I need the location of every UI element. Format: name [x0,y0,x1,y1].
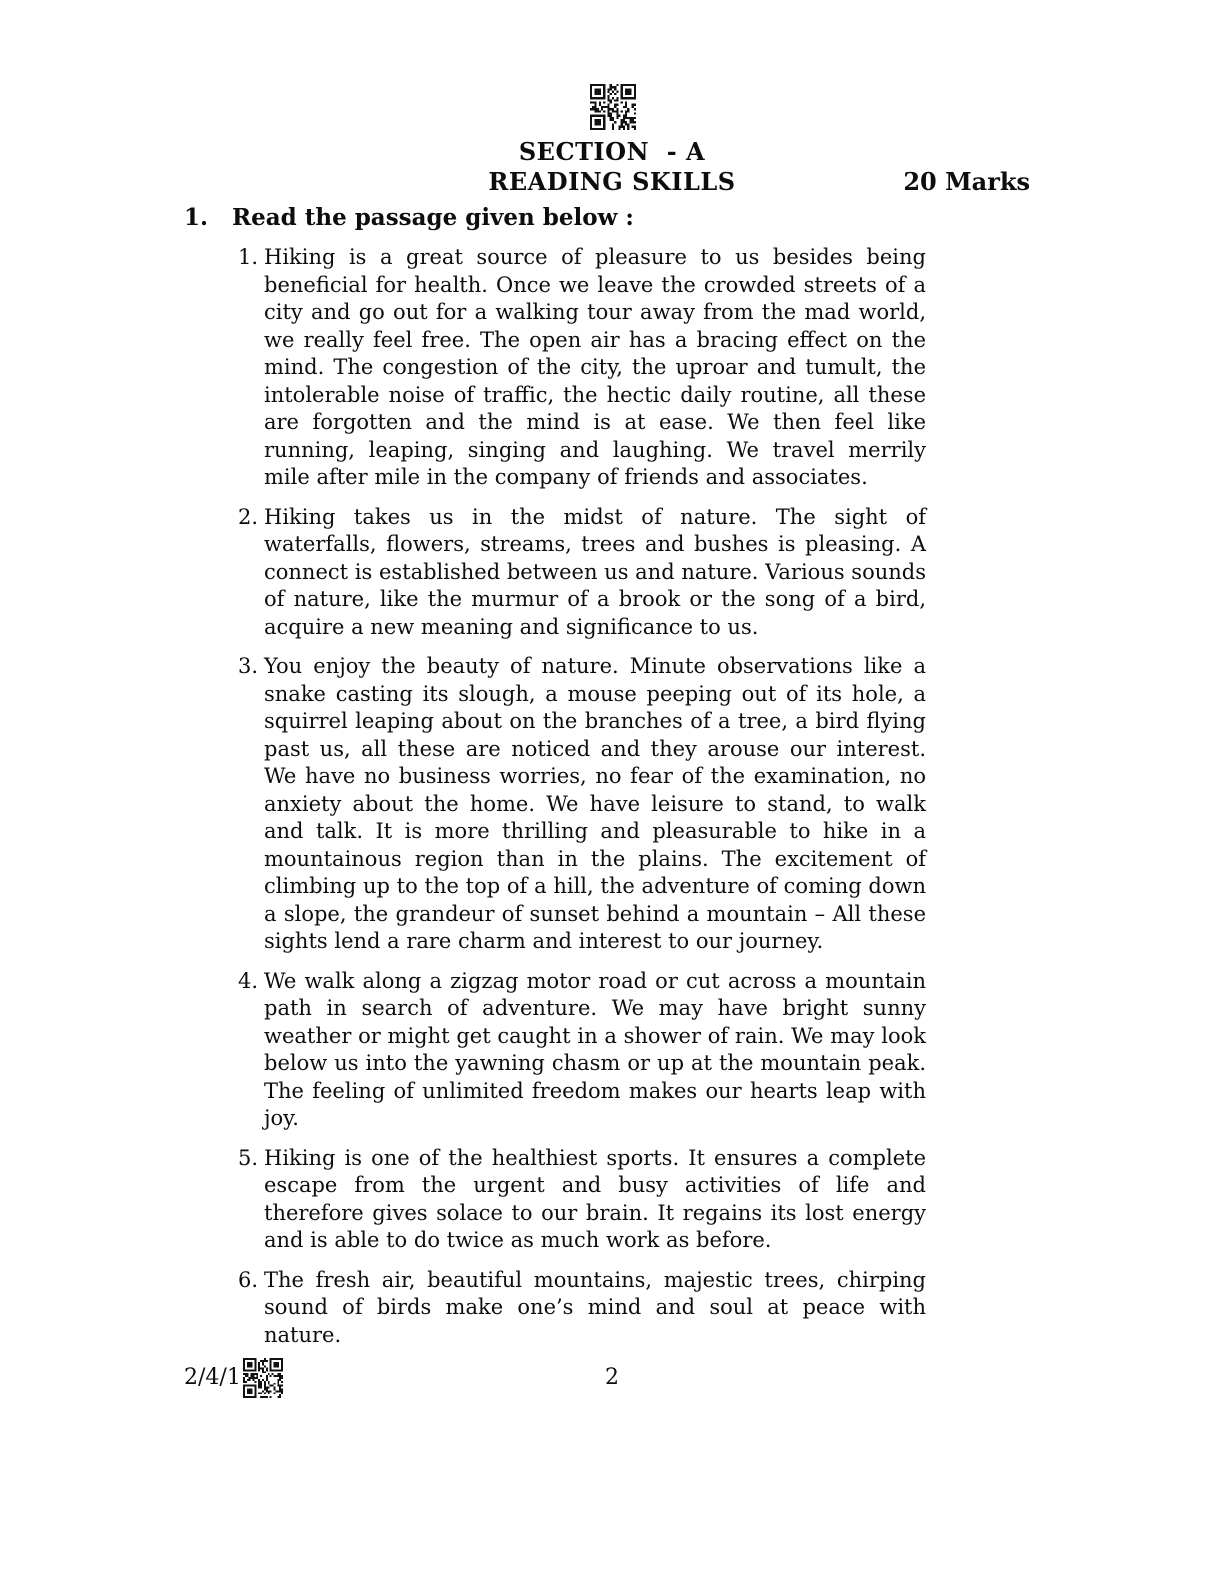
paragraph-number: 6. [238,1267,264,1350]
paragraph-text: We walk along a zigzag motor road or cut… [264,968,926,1133]
paragraph-text: Hiking is one of the healthiest sports. … [264,1145,926,1255]
paragraph-text: You enjoy the beauty of nature. Minute o… [264,653,926,956]
question-header: 1.Read the passage given below : [184,203,1044,233]
paragraph-number: 1. [238,244,264,492]
section-title: SECTION - A [0,137,1224,167]
paragraph-text: The fresh air, beautiful mountains, maje… [264,1267,926,1350]
passage-paragraph: 6. The fresh air, beautiful mountains, m… [238,1267,926,1350]
marks-label: 20 Marks [903,167,1030,197]
section-heading: SECTION - A READING SKILLS 20 Marks [0,137,1224,197]
paragraph-number: 4. [238,968,264,1133]
paragraph-text: Hiking is a great source of pleasure to … [264,244,926,492]
exam-paper-page: SECTION - A READING SKILLS 20 Marks 1.Re… [0,0,1224,1584]
qr-code-top-icon [590,84,636,130]
passage-paragraph: 4. We walk along a zigzag motor road or … [238,968,926,1133]
section-subtitle: READING SKILLS [0,167,1224,197]
passage-paragraph: 5. Hiking is one of the healthiest sport… [238,1145,926,1255]
paragraph-text: Hiking takes us in the midst of nature. … [264,504,926,642]
page-number: 2 [0,1365,1224,1390]
paragraph-number: 2. [238,504,264,642]
paragraph-number: 5. [238,1145,264,1255]
passage: 1. Hiking is a great source of pleasure … [238,244,926,1361]
passage-paragraph: 3. You enjoy the beauty of nature. Minut… [238,653,926,956]
question-number: 1. [184,203,232,233]
paragraph-number: 3. [238,653,264,956]
passage-paragraph: 2. Hiking takes us in the midst of natur… [238,504,926,642]
passage-paragraph: 1. Hiking is a great source of pleasure … [238,244,926,492]
page-footer: 2/4/1 2 [0,1356,1224,1404]
question-instruction: Read the passage given below : [232,204,634,231]
